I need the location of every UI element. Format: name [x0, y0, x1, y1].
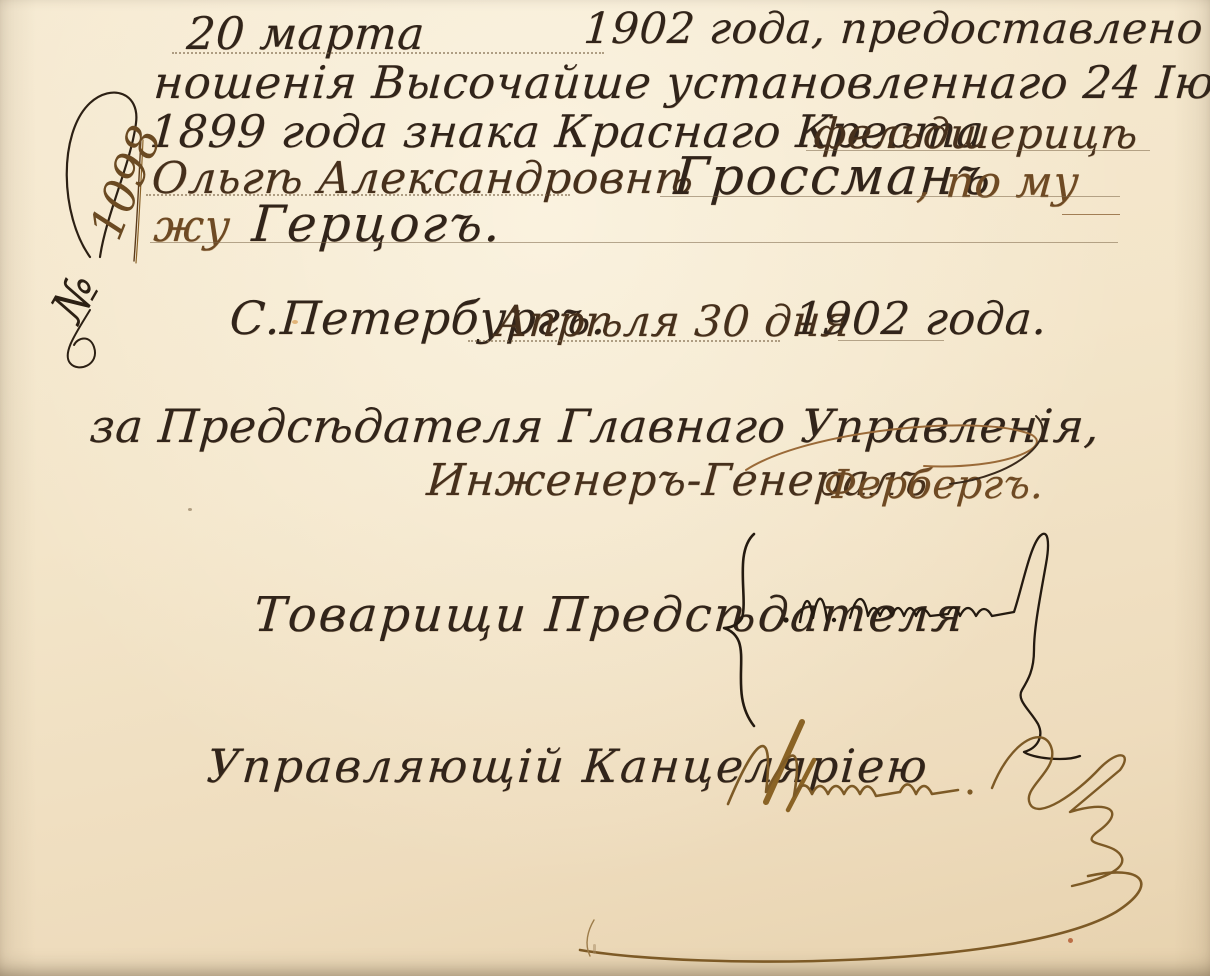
signature-paraph-zigzag [992, 737, 1125, 886]
body-line2: ношенія Высочайше установленнаго 24 Іюня [152, 57, 1210, 109]
paper-speck [188, 508, 192, 511]
form-rule-line5 [150, 242, 1118, 243]
signature-dot-2 [832, 618, 836, 622]
signature-initial-m [800, 599, 827, 622]
body-line1-rest: 1902 года, предоставлено право [582, 5, 1210, 54]
signature-scribble-main [728, 746, 958, 804]
paraph-loop-brown [746, 425, 1037, 470]
hyphen-dash [1062, 214, 1120, 215]
dateline-year: 1902 года. [792, 293, 1049, 345]
signature-dot [783, 617, 788, 622]
form-rule-line4b [660, 196, 1120, 197]
document-photo: 20 марта 1902 года, предоставлено право … [0, 0, 1210, 976]
body-line5-surname: Герцогъ. [250, 196, 504, 254]
paper-mark [593, 944, 596, 954]
form-rule-dateline-a [468, 340, 780, 342]
margin-number-flourish: 1098 № [48, 85, 178, 365]
form-rule-dateline-b [838, 340, 944, 341]
paraph-flourish-icon [738, 408, 1068, 498]
signature-underline-sweep [580, 872, 1141, 961]
margin-no-sign: № [39, 264, 111, 333]
ink-blot [292, 320, 298, 324]
form-rule-line1 [172, 52, 604, 54]
chancery-signature-scribble [560, 668, 1210, 968]
foxing-speck [1068, 938, 1073, 943]
margin-number-text: 1098 [78, 118, 172, 247]
signature-dot-3 [967, 789, 972, 794]
body-line4-tail: , по му [915, 158, 1081, 209]
